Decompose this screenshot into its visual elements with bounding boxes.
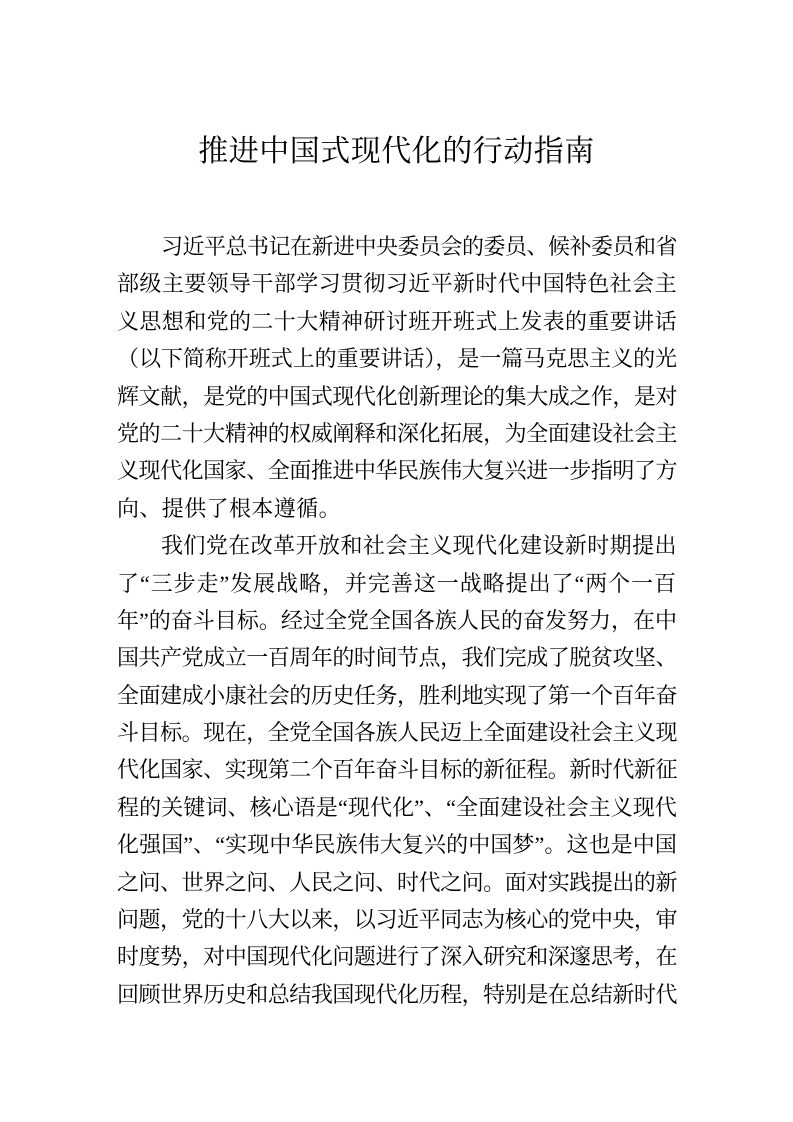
text-line-content: 问题，党的十八大以来，以习近平同志为核心的党中央，审 — [117, 907, 677, 932]
text-line-content: 化强国”、“实现中华民族伟大复兴的中国梦”。这也是中国 — [117, 832, 677, 857]
text-line: 辉文献，是党的中国式现代化创新理论的集大成之作，是对 — [117, 378, 677, 415]
text-line: 斗目标。现在，全党全国各族人民迈上全面建设社会主义现 — [117, 714, 677, 751]
text-line: （以下简称开班式上的重要讲话），是一篇马克思主义的光 — [117, 340, 677, 377]
text-line-content: 程的关键词、核心语是“现代化”、“全面建设社会主义现代 — [117, 795, 677, 820]
text-line: 化强国”、“实现中华民族伟大复兴的中国梦”。这也是中国 — [117, 826, 677, 863]
paragraph-1: 习近平总书记在新进中央委员会的委员、候补委员和省 部级主要领导干部学习贯彻习近平… — [117, 228, 677, 527]
text-line-content: 向、提供了根本遵循。 — [117, 496, 341, 521]
text-line-content: 辉文献，是党的中国式现代化创新理论的集大成之作，是对 — [117, 384, 677, 409]
text-line: 时度势，对中国现代化问题进行了深入研究和深邃思考，在 — [117, 938, 677, 975]
text-line-content: 了“三步走”发展战略，并完善这一战略提出了“两个一百 — [117, 571, 677, 596]
document-title: 推进中国式现代化的行动指南 — [116, 129, 677, 175]
text-line: 部级主要领导干部学习贯彻习近平新时代中国特色社会主 — [117, 265, 677, 302]
paragraph-2: 我们党在改革开放和社会主义现代化建设新时期提出 了“三步走”发展战略，并完善这一… — [117, 527, 677, 1013]
text-line-content: 国共产党成立一百周年的时间节点，我们完成了脱贫攻坚、 — [117, 645, 677, 670]
text-line: 党的二十大精神的权威阐释和深化拓展，为全面建设社会主 — [117, 415, 677, 452]
text-line-content: 年”的奋斗目标。经过全党全国各族人民的奋发努力，在中 — [117, 608, 677, 633]
text-line: 义现代化国家、全面推进中华民族伟大复兴进一步指明了方 — [117, 452, 677, 489]
text-line: 代化国家、实现第二个百年奋斗目标的新征程。新时代新征 — [117, 751, 677, 788]
text-line-content: 时度势，对中国现代化问题进行了深入研究和深邃思考，在 — [117, 944, 677, 969]
text-line: 了“三步走”发展战略，并完善这一战略提出了“两个一百 — [117, 565, 677, 602]
text-line: 程的关键词、核心语是“现代化”、“全面建设社会主义现代 — [117, 789, 677, 826]
text-line-content: 回顾世界历史和总结我国现代化历程，特别是在总结新时代 — [117, 982, 677, 1007]
text-line: 义思想和党的二十大精神研讨班开班式上发表的重要讲话 — [117, 303, 677, 340]
text-line: 年”的奋斗目标。经过全党全国各族人民的奋发努力，在中 — [117, 602, 677, 639]
text-line-content: 义思想和党的二十大精神研讨班开班式上发表的重要讲话 — [117, 309, 677, 334]
document-page: 推进中国式现代化的行动指南 习近平总书记在新进中央委员会的委员、候补委员和省 部… — [0, 0, 793, 1122]
text-line-content: 我们党在改革开放和社会主义现代化建设新时期提出 — [161, 533, 677, 558]
text-line-content: 之问、世界之问、人民之问、时代之问。面对实践提出的新 — [117, 870, 677, 895]
text-line-content: 代化国家、实现第二个百年奋斗目标的新征程。新时代新征 — [117, 757, 677, 782]
text-line-content: 部级主要领导干部学习贯彻习近平新时代中国特色社会主 — [117, 271, 677, 296]
text-line-content: （以下简称开班式上的重要讲话），是一篇马克思主义的光 — [117, 346, 677, 371]
document-body: 习近平总书记在新进中央委员会的委员、候补委员和省 部级主要领导干部学习贯彻习近平… — [117, 228, 677, 1013]
text-line-content: 习近平总书记在新进中央委员会的委员、候补委员和省 — [161, 234, 677, 259]
text-line-content: 党的二十大精神的权威阐释和深化拓展，为全面建设社会主 — [117, 421, 677, 446]
text-line-content: 全面建成小康社会的历史任务，胜利地实现了第一个百年奋 — [117, 683, 677, 708]
text-line: 国共产党成立一百周年的时间节点，我们完成了脱贫攻坚、 — [117, 639, 677, 676]
text-line: 之问、世界之问、人民之问、时代之问。面对实践提出的新 — [117, 864, 677, 901]
text-line: 回顾世界历史和总结我国现代化历程，特别是在总结新时代 — [117, 976, 677, 1013]
text-line: 习近平总书记在新进中央委员会的委员、候补委员和省 — [117, 228, 677, 265]
text-line-content: 斗目标。现在，全党全国各族人民迈上全面建设社会主义现 — [117, 720, 677, 745]
text-line-content: 义现代化国家、全面推进中华民族伟大复兴进一步指明了方 — [117, 458, 677, 483]
text-line: 问题，党的十八大以来，以习近平同志为核心的党中央，审 — [117, 901, 677, 938]
text-line: 全面建成小康社会的历史任务，胜利地实现了第一个百年奋 — [117, 677, 677, 714]
text-line: 向、提供了根本遵循。 — [117, 490, 677, 527]
text-line: 我们党在改革开放和社会主义现代化建设新时期提出 — [117, 527, 677, 564]
